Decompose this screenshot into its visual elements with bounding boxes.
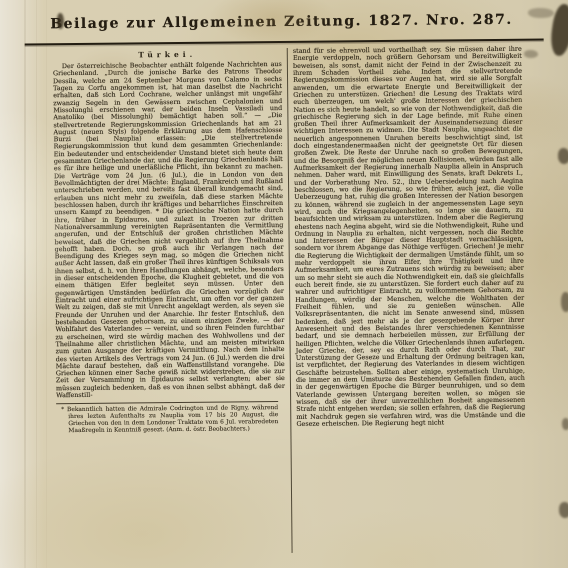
ink-stain: [561, 292, 568, 312]
article-columns: Türkei. Der österreichische Beobachter e…: [53, 46, 527, 562]
newspaper-scan: Beilage zur Allgemeinen Zeitung. 1827. N…: [0, 0, 568, 568]
ink-stain: [558, 148, 568, 164]
article-body-left: Der österreichische Beobachter enthält f…: [53, 61, 285, 400]
ink-stain: [528, 8, 554, 18]
column-divider: [287, 48, 293, 553]
footnote-text: * Bekanntlich hatten die Admirale Codrin…: [56, 405, 278, 435]
ink-stain: [562, 418, 568, 430]
left-column: Türkei. Der österreichische Beobachter e…: [53, 48, 287, 562]
ink-stain: [57, 13, 64, 29]
section-heading-turkei: Türkei.: [53, 49, 282, 60]
masthead-title: Beilage zur Allgemeinen Zeitung. 1827. N…: [37, 12, 525, 33]
footnote-block: * Bekanntlich hatten die Admirale Codrin…: [56, 401, 278, 434]
right-column: stand für sie ehrenvoll und vortheilhaft…: [293, 46, 527, 560]
article-body-right: stand für sie ehrenvoll und vortheilhaft…: [293, 46, 526, 428]
newspaper-sheet: Beilage zur Allgemeinen Zeitung. 1827. N…: [0, 0, 568, 568]
ink-stain: [524, 50, 538, 58]
ink-stain: [559, 502, 568, 518]
